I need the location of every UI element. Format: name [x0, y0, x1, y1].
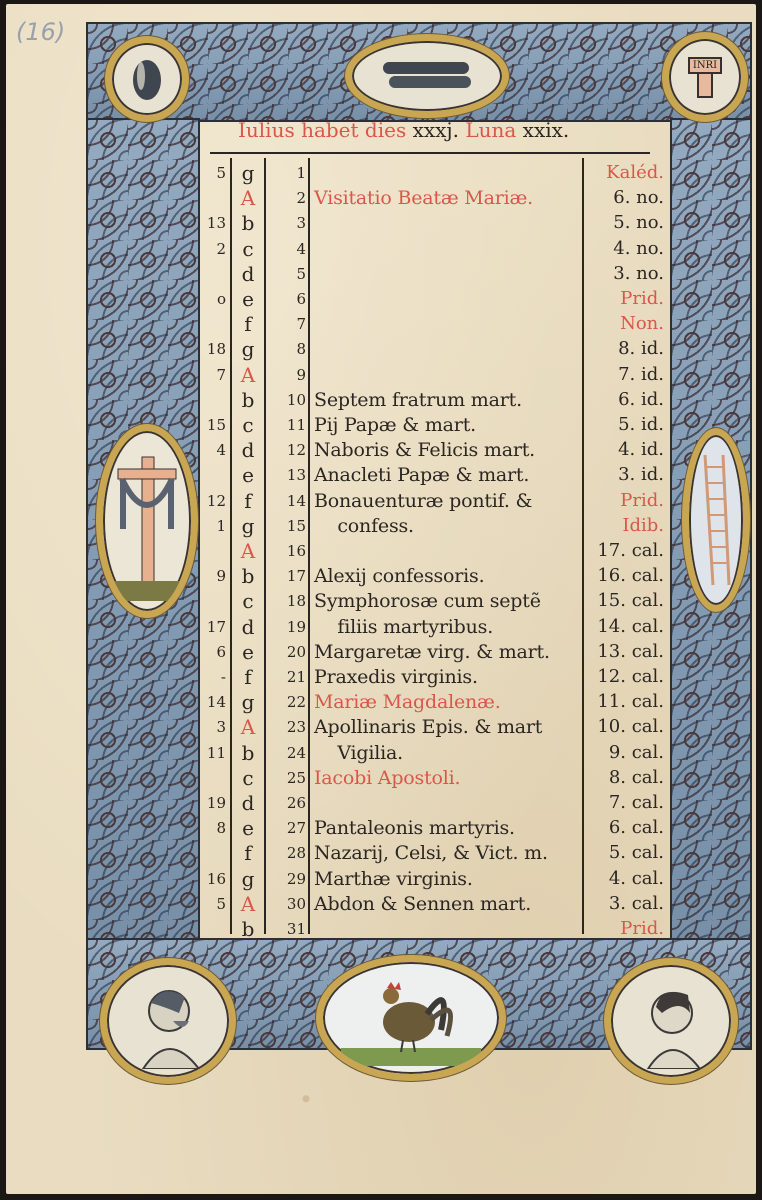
day-number: 22	[268, 689, 306, 715]
month-heading: Iulius habet dies xxxj. Luna xxix.	[238, 118, 569, 142]
roman-date: 4. id.	[584, 437, 664, 463]
roman-date: 8. cal.	[584, 765, 664, 791]
dominical-letter: c	[236, 765, 260, 791]
feast-name: Mariæ Magdalenæ.	[314, 689, 582, 715]
golden-number: 11	[198, 740, 226, 766]
dominical-letter: c	[236, 236, 260, 262]
dominical-letter: d	[236, 437, 260, 463]
roman-date: 9. cal.	[584, 740, 664, 766]
roman-date: Idib.	[584, 513, 664, 539]
day-number: 15	[268, 513, 306, 539]
cross-with-shroud-icon	[96, 424, 198, 618]
dominical-letter: d	[236, 261, 260, 287]
calendar-row: 1 g 15 confess. Idib.	[198, 513, 668, 539]
dominical-letter: f	[236, 664, 260, 690]
feast-name: Pantaleonis martyris.	[314, 815, 582, 841]
calendar-row: e 13 Anacleti Papæ & mart. 3. id.	[198, 462, 668, 488]
golden-number: 15	[198, 412, 226, 438]
calendar-row: o e 6 Prid.	[198, 286, 668, 312]
day-number: 31	[268, 916, 306, 942]
feast-name: Margaretæ virg. & mart.	[314, 639, 582, 665]
calendar-row: 11 b 24 Vigilia. 9. cal.	[198, 740, 668, 766]
dominical-letter: f	[236, 311, 260, 337]
day-number: 9	[268, 362, 306, 388]
day-number: 23	[268, 714, 306, 740]
hand-medallion-icon	[105, 36, 189, 122]
day-number: 16	[268, 538, 306, 564]
roman-date: 16. cal.	[584, 563, 664, 589]
calendar-row: f 7 Non.	[198, 311, 668, 337]
calendar-row: A 2 Visitatio Beatæ Mariæ. 6. no.	[198, 185, 668, 211]
feast-name: Vigilia.	[314, 740, 582, 766]
dominical-letter: d	[236, 790, 260, 816]
feast-name: Septem fratrum mart.	[314, 387, 582, 413]
golden-number: -	[198, 664, 226, 690]
dominical-letter: c	[236, 588, 260, 614]
day-number: 14	[268, 488, 306, 514]
roman-date: 12. cal.	[584, 664, 664, 690]
calendar-row: 5 g 1 Kaléd.	[198, 160, 668, 186]
day-number: 29	[268, 866, 306, 892]
coins-medallion-icon	[345, 34, 509, 118]
calendar-row: b 10 Septem fratrum mart. 6. id.	[198, 387, 668, 413]
dominical-letter: A	[236, 362, 260, 388]
roman-date: 4. cal.	[584, 866, 664, 892]
dominical-letter: A	[236, 891, 260, 917]
day-number: 27	[268, 815, 306, 841]
golden-number: 6	[198, 639, 226, 665]
feast-name: Pij Papæ & mart.	[314, 412, 582, 438]
day-number: 17	[268, 563, 306, 589]
feast-name: Anacleti Papæ & mart.	[314, 462, 582, 488]
roman-date: 17. cal.	[584, 538, 664, 564]
dominical-letter: b	[236, 916, 260, 942]
dominical-letter: A	[236, 714, 260, 740]
calendar-row: 9 b 17 Alexij confessoris. 16. cal.	[198, 563, 668, 589]
golden-number: 5	[198, 160, 226, 186]
dominical-letter: c	[236, 412, 260, 438]
roman-date: 3. id.	[584, 462, 664, 488]
calendar-row: d 5 3. no.	[198, 261, 668, 287]
roman-date: Prid.	[584, 488, 664, 514]
calendar-row: b 31 Prid.	[198, 916, 668, 942]
roman-date: 11. cal.	[584, 689, 664, 715]
golden-number: 13	[198, 210, 226, 236]
feast-name: Nazarij, Celsi, & Vict. m.	[314, 840, 582, 866]
bearded-man-portrait-icon	[100, 958, 236, 1084]
calendar-row: 17 d 19 filiis martyribus. 14. cal.	[198, 614, 668, 640]
dominical-letter: e	[236, 462, 260, 488]
heading-rule	[210, 152, 650, 154]
calendar-row: A 16 17. cal.	[198, 538, 668, 564]
golden-number: 19	[198, 790, 226, 816]
roman-date: Prid.	[584, 286, 664, 312]
roman-date: 15. cal.	[584, 588, 664, 614]
dominical-letter: g	[236, 513, 260, 539]
roman-date: 5. cal.	[584, 840, 664, 866]
day-number: 26	[268, 790, 306, 816]
calendar-row: 8 e 27 Pantaleonis martyris. 6. cal.	[198, 815, 668, 841]
roman-date: 6. no.	[584, 185, 664, 211]
day-number: 4	[268, 236, 306, 262]
day-number: 11	[268, 412, 306, 438]
heading-month-text: Iulius habet dies	[238, 118, 406, 142]
roman-date: Non.	[584, 311, 664, 337]
heading-luna-text: Luna	[465, 118, 516, 142]
day-number: 19	[268, 614, 306, 640]
dominical-letter: f	[236, 840, 260, 866]
golden-number: 16	[198, 866, 226, 892]
day-number: 5	[268, 261, 306, 287]
golden-number: 17	[198, 614, 226, 640]
roman-date: 13. cal.	[584, 639, 664, 665]
golden-number: 8	[198, 815, 226, 841]
golden-number: 1	[198, 513, 226, 539]
roman-date: 3. no.	[584, 261, 664, 287]
roman-date: Kaléd.	[584, 160, 664, 186]
calendar-row: c 25 Iacobi Apostoli. 8. cal.	[198, 765, 668, 791]
dominical-letter: e	[236, 286, 260, 312]
day-number: 20	[268, 639, 306, 665]
feast-name: Apollinaris Epis. & mart	[314, 714, 582, 740]
roman-date: 3. cal.	[584, 891, 664, 917]
pencil-folio-number: (16)	[16, 18, 65, 46]
dominical-letter: e	[236, 815, 260, 841]
feast-name: Praxedis virginis.	[314, 664, 582, 690]
dominical-letter: b	[236, 387, 260, 413]
dominical-letter: A	[236, 538, 260, 564]
calendar-row: 15 c 11 Pij Papæ & mart. 5. id.	[198, 412, 668, 438]
feast-name: Abdon & Sennen mart.	[314, 891, 582, 917]
calendar-row: 13 b 3 5. no.	[198, 210, 668, 236]
day-number: 24	[268, 740, 306, 766]
day-number: 8	[268, 336, 306, 362]
dominical-letter: b	[236, 563, 260, 589]
dominical-letter: e	[236, 639, 260, 665]
day-number: 2	[268, 185, 306, 211]
day-number: 18	[268, 588, 306, 614]
feast-name: confess.	[314, 513, 582, 539]
calendar-page: Iulius habet dies xxxj. Luna xxix. 5 g 1…	[198, 118, 668, 936]
dominical-letter: b	[236, 740, 260, 766]
golden-number: 5	[198, 891, 226, 917]
calendar-row: 2 c 4 4. no.	[198, 236, 668, 262]
calendar-row: 14 g 22 Mariæ Magdalenæ. 11. cal.	[198, 689, 668, 715]
feast-name: Naboris & Felicis mart.	[314, 437, 582, 463]
calendar-row: c 18 Symphorosæ cum septẽ 15. cal.	[198, 588, 668, 614]
heading-luna-count: xxix.	[523, 118, 570, 142]
calendar-row: 3 A 23 Apollinaris Epis. & mart 10. cal.	[198, 714, 668, 740]
calendar-row: 7 A 9 7. id.	[198, 362, 668, 388]
day-number: 25	[268, 765, 306, 791]
day-number: 1	[268, 160, 306, 186]
calendar-row: 6 e 20 Margaretæ virg. & mart. 13. cal.	[198, 639, 668, 665]
roman-date: 5. no.	[584, 210, 664, 236]
golden-number: 18	[198, 336, 226, 362]
calendar-row: 19 d 26 7. cal.	[198, 790, 668, 816]
roman-date: 10. cal.	[584, 714, 664, 740]
golden-number: o	[198, 286, 226, 312]
roman-date: 7. id.	[584, 362, 664, 388]
calendar-row: 5 A 30 Abdon & Sennen mart. 3. cal.	[198, 891, 668, 917]
dominical-letter: b	[236, 210, 260, 236]
golden-number: 4	[198, 437, 226, 463]
feast-name: Symphorosæ cum septẽ	[314, 588, 582, 614]
golden-number: 2	[198, 236, 226, 262]
golden-number: 9	[198, 563, 226, 589]
roman-date: 4. no.	[584, 236, 664, 262]
dominical-letter: g	[236, 866, 260, 892]
roman-date: 6. id.	[584, 387, 664, 413]
dominical-letter: g	[236, 160, 260, 186]
roman-date: Prid.	[584, 916, 664, 942]
feast-name: Alexij confessoris.	[314, 563, 582, 589]
feast-name: Bonauenturæ pontif. &	[314, 488, 582, 514]
golden-number: 14	[198, 689, 226, 715]
feast-name: filiis martyribus.	[314, 614, 582, 640]
roman-date: 8. id.	[584, 336, 664, 362]
dominical-letter: A	[236, 185, 260, 211]
day-number: 7	[268, 311, 306, 337]
roman-date: 7. cal.	[584, 790, 664, 816]
young-man-portrait-icon	[604, 958, 738, 1084]
roman-date: 5. id.	[584, 412, 664, 438]
calendar-row: 4 d 12 Naboris & Felicis mart. 4. id.	[198, 437, 668, 463]
heading-days-count: xxxj.	[413, 118, 459, 142]
feast-name: Marthæ virginis.	[314, 866, 582, 892]
day-number: 6	[268, 286, 306, 312]
calendar-row: f 28 Nazarij, Celsi, & Vict. m. 5. cal.	[198, 840, 668, 866]
day-number: 13	[268, 462, 306, 488]
ladder-icon	[682, 428, 750, 612]
roman-date: 14. cal.	[584, 614, 664, 640]
calendar-row: 12 f 14 Bonauenturæ pontif. & Prid.	[198, 488, 668, 514]
inri-titulus-icon: INRI	[662, 32, 748, 122]
day-number: 3	[268, 210, 306, 236]
dominical-letter: f	[236, 488, 260, 514]
rooster-icon	[316, 955, 506, 1081]
golden-number: 12	[198, 488, 226, 514]
day-number: 28	[268, 840, 306, 866]
dominical-letter: g	[236, 689, 260, 715]
feast-name: Visitatio Beatæ Mariæ.	[314, 185, 582, 211]
calendar-row: 18 g 8 8. id.	[198, 336, 668, 362]
golden-number: 7	[198, 362, 226, 388]
day-number: 21	[268, 664, 306, 690]
day-number: 12	[268, 437, 306, 463]
dominical-letter: d	[236, 614, 260, 640]
day-number: 10	[268, 387, 306, 413]
day-number: 30	[268, 891, 306, 917]
calendar-row: - f 21 Praxedis virginis. 12. cal.	[198, 664, 668, 690]
roman-date: 6. cal.	[584, 815, 664, 841]
feast-name: Iacobi Apostoli.	[314, 765, 582, 791]
golden-number: 3	[198, 714, 226, 740]
inri-label: INRI	[688, 57, 722, 74]
calendar-row: 16 g 29 Marthæ virginis. 4. cal.	[198, 866, 668, 892]
dominical-letter: g	[236, 336, 260, 362]
